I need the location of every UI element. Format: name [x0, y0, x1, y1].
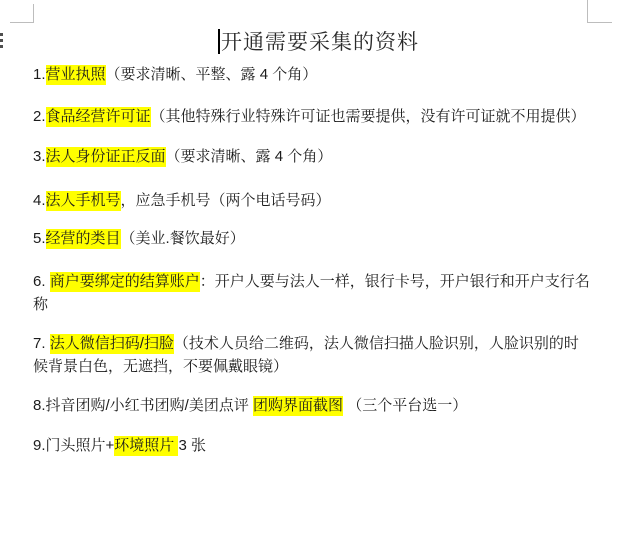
highlighted-text: 法人手机号	[46, 191, 121, 211]
margin-corner-top-right-mark	[587, 0, 612, 23]
item-text: （其他特殊行业特殊许可证也需要提供，没有许可证就不用提供）	[151, 108, 586, 125]
item-text: （要求清晰、露 4 个角）	[166, 148, 333, 165]
item-text: （要求清晰、平整、露 4 个角）	[106, 66, 318, 83]
item-number: 1.	[33, 66, 46, 83]
margin-corner-top-left-mark	[10, 4, 34, 23]
text-cursor	[218, 29, 220, 54]
list-item-8: 8.抖音团购/小红书团购/美团点评 团购界面截图 （三个平台选一）	[33, 394, 591, 417]
item-number: 2.	[33, 108, 46, 125]
list-item-4: 4.法人手机号，应急手机号（两个电话号码）	[33, 189, 591, 212]
item-number: 4.	[33, 192, 46, 209]
highlighted-text: 法人身份证正反面	[46, 147, 166, 167]
highlighted-text: 商户要绑定的结算账户	[50, 272, 200, 292]
highlighted-text: 环境照片	[114, 436, 178, 456]
document-title: 开通需要采集的资料	[0, 26, 637, 56]
document-body[interactable]: 1.营业执照（要求清晰、平整、露 4 个角） 2.食品经营许可证（其他特殊行业特…	[33, 63, 591, 457]
list-item-5: 5.经营的类目（美业.餐饮最好）	[33, 227, 591, 250]
item-text: （美业.餐饮最好）	[121, 230, 245, 247]
item-number: 5.	[33, 230, 46, 247]
highlighted-text: 食品经营许可证	[46, 107, 151, 127]
list-item-2: 2.食品经营许可证（其他特殊行业特殊许可证也需要提供，没有许可证就不用提供）	[33, 105, 591, 128]
item-text: 9.门头照片+	[33, 437, 114, 454]
highlighted-text: 团购界面截图	[253, 396, 343, 416]
item-text: 3 张	[178, 437, 206, 454]
item-number: 6.	[33, 273, 50, 290]
document-page[interactable]: 开通需要采集的资料 1.营业执照（要求清晰、平整、露 4 个角） 2.食品经营许…	[0, 0, 637, 538]
highlighted-text: 法人微信扫码/扫脸	[50, 334, 174, 354]
list-item-9: 9.门头照片+环境照片 3 张	[33, 434, 591, 457]
title-text: 开通需要采集的资料	[221, 30, 419, 54]
list-item-1: 1.营业执照（要求清晰、平整、露 4 个角）	[33, 63, 591, 86]
list-item-6: 6. 商户要绑定的结算账户：开户人要与法人一样，银行卡号，开户银行和开户支行名称	[33, 270, 591, 316]
item-text: ，应急手机号（两个电话号码）	[121, 192, 331, 209]
list-item-7: 7. 法人微信扫码/扫脸（技术人员给二维码，法人微信扫描人脸识别，人脸识别的时候…	[33, 332, 591, 378]
item-number: 3.	[33, 148, 46, 165]
highlighted-text: 经营的类目	[46, 229, 121, 249]
item-text: （三个平台选一）	[343, 397, 467, 414]
list-item-3: 3.法人身份证正反面（要求清晰、露 4 个角）	[33, 145, 591, 168]
item-text: 8.抖音团购/小红书团购/美团点评	[33, 397, 253, 414]
item-number: 7.	[33, 335, 50, 352]
highlighted-text: 营业执照	[46, 65, 106, 85]
